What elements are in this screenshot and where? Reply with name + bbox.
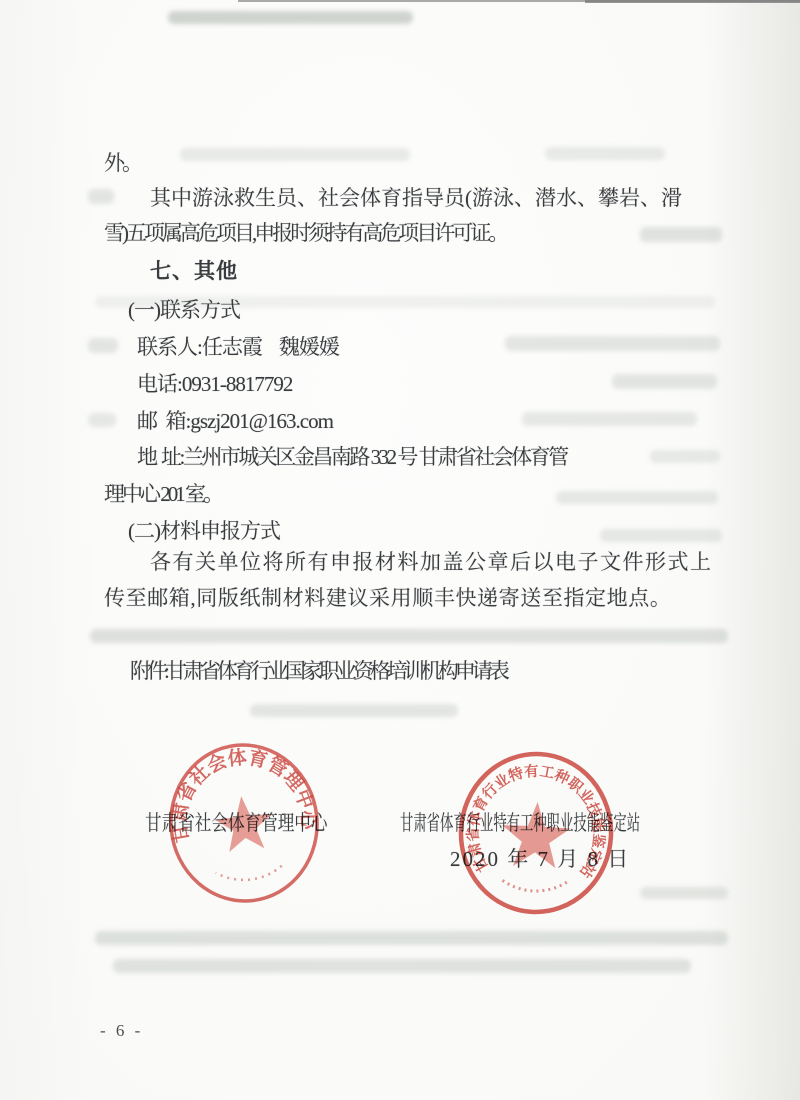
bleed-through-smudge [168, 11, 413, 24]
bleed-through-smudge [88, 189, 114, 204]
scanned-document-page: 外。 其中游泳救生员、社会体育指导员(游泳、潜水、攀岩、滑 雪)五项属高危项目,… [0, 0, 800, 1100]
body-line: 外。 [104, 151, 140, 175]
subsection-title: (二)材料申报方式 [128, 519, 280, 543]
bleed-through-smudge [640, 887, 728, 899]
contact-person-line: 联系人:任志霞 魏媛媛 [137, 335, 339, 359]
star-icon [500, 800, 572, 869]
bleed-through-smudge [95, 931, 728, 945]
bleed-through-smudge [88, 338, 118, 353]
bleed-through-smudge [90, 629, 728, 643]
bleed-through-smudge [88, 413, 116, 427]
body-line: 雪)五项属高危项目,申报时须持有高危项目许可证。 [104, 221, 506, 245]
bleed-through-smudge [556, 491, 718, 504]
bleed-through-smudge [600, 529, 722, 542]
address-line-1: 地 址:兰州市城关区金昌南路 332 号 甘肃省社会体育管 [137, 445, 567, 469]
body-line: 其中游泳救生员、社会体育指导员(游泳、潜水、攀岩、滑 [150, 186, 682, 210]
page-number: - 6 - [100, 1021, 143, 1041]
bleed-through-smudge [250, 704, 458, 717]
subsection-title: (一)联系方式 [128, 298, 240, 322]
bleed-through-smudge [545, 147, 665, 160]
body-line: 各有关单位将所有申报材料加盖公章后以电子文件形式上 [150, 550, 713, 574]
official-seal-right: 甘肃省体育行业特有工种职业技能鉴定站 [452, 746, 620, 920]
bleed-through-smudge [640, 227, 722, 242]
official-seal-left: 甘肃省社会体育管理中心 [158, 732, 330, 913]
phone-line: 电话:0931-8817792 [137, 372, 292, 396]
address-line-2: 理中心 201 室。 [104, 482, 221, 506]
attachment-line: 附件:甘肃省体育行业国家职业资格培训机构申请表 [130, 659, 506, 683]
star-icon [213, 793, 275, 853]
scan-top-edge [585, 0, 800, 3]
bleed-through-smudge [650, 450, 720, 463]
bleed-through-smudge [522, 412, 697, 426]
seal-bottom-dots [216, 866, 283, 883]
bleed-through-smudge [612, 374, 717, 389]
bleed-through-smudge [180, 148, 410, 161]
email-line: 邮 箱:gszj201@163.com [137, 409, 333, 433]
section-heading-seven: 七、其他 [150, 259, 238, 283]
seal-bottom-code-dots [500, 879, 567, 893]
bleed-through-smudge [113, 959, 691, 973]
body-line: 传至邮箱,同版纸制材料建议采用顺丰快递寄送至指定地点。 [104, 586, 671, 610]
bleed-through-smudge [505, 336, 720, 351]
